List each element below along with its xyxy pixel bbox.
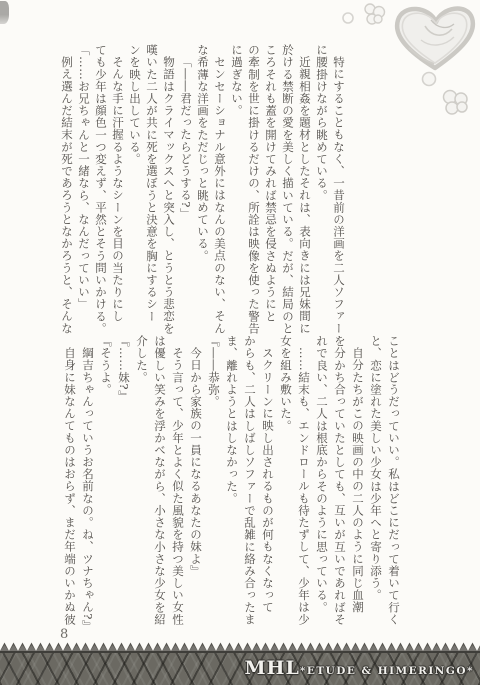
text-line: 「――君だったらどうする?」 (177, 44, 194, 338)
text-line: れで良い、二人は根底からそのように思っている。 (313, 335, 331, 637)
text-line: 綱吉ちゃんっていうお名前なの。ね、ツナちゃん?』 (79, 335, 97, 637)
text-line: ても少年は顔色一つ変えず、平然とそう問いかける。 (92, 44, 109, 338)
text-line: に過ぎない。 (228, 44, 245, 338)
text-line: ま、離れようとはしなかった。 (223, 335, 241, 637)
text-line: そんな手に汗握るようなシーンを目の当たりにし (109, 44, 126, 338)
text-line: スクリーンに映し出されるものが何もなくなって (259, 335, 277, 637)
text-line: に腰掛けながら眺めている。 (313, 44, 330, 338)
text-block-lower: ことはどうだっていい。私はどこにだって着いて行くと、恋に塗れた美しい少女は少年へ… (57, 335, 403, 637)
text-line: 「……お兄ちゃんと一緒なら、なんだっていい」 (75, 44, 92, 338)
bubble-circle-icon (423, 73, 436, 86)
text-line: を分かち合っていたとしても、互いが互いであればそ (331, 335, 349, 637)
text-line: センセーショナル意外にはなんの美点のない、そん (211, 44, 228, 338)
heart-doodle-icon (333, 0, 480, 122)
text-line: と、恋に塗れた美しい少女は少年へと寄り添う。 (367, 335, 385, 637)
text-line: からも、二人はしばしソファーで乱雑に絡み合ったま (241, 335, 259, 637)
book-page: 特にすることもなく、一昔前の洋画を二人ソファーに腰掛けながら眺めている。近親相姦… (0, 0, 480, 685)
page-number: 8 (60, 627, 69, 642)
text-line: ……結末も、エンドロールも待たずして、少年は少 (295, 335, 313, 637)
footer-title: MHL*ETUDE & HIMERINGO* (244, 657, 474, 679)
text-line: 今日から家族の一員になるあなたの妹よ』 (187, 335, 205, 637)
bubble-circle-icon (343, 13, 353, 23)
text-line: 『そうよ。 (97, 335, 115, 637)
lattice-pattern: MHL*ETUDE & HIMERINGO* (0, 651, 480, 685)
text-line: 自身に妹なんてものはおらず、まだ年端のいかぬ彼 (61, 335, 79, 637)
scan-smudge (0, 1, 9, 24)
text-line: そう言って、少年とよく似た風貌を持つ美しい女性 (169, 335, 187, 637)
bubble-flower-icon (444, 91, 468, 115)
text-line: 嘆いた二人が共に死を選ぼうと決意を胸にするシー (143, 44, 160, 338)
text-line: は優しい笑みを浮かべながら、小さな小さな少女を紹 (151, 335, 169, 637)
text-block-upper: 特にすることもなく、一昔前の洋画を二人ソファーに腰掛けながら眺めている。近親相姦… (55, 44, 347, 338)
text-line: 自分たちがこの映画の中の二人のように同じ血潮 (349, 335, 367, 637)
text-line: 介した。 (133, 335, 151, 637)
text-line: 『……妹?』 (115, 335, 133, 637)
footer-band: MHL*ETUDE & HIMERINGO* (0, 642, 480, 685)
zigzag-border (0, 642, 480, 651)
text-line: 於ける禁断の愛を美しく描いている。だが、結局のと (279, 44, 296, 338)
text-line: ころそれも蓋を開けてみれば禁忌を侵さぬようにと (262, 44, 279, 338)
circle-name: MHL (244, 657, 299, 679)
sketch-heart-icon (397, 9, 473, 68)
text-line: 女を組み敷いた。 (277, 335, 295, 637)
text-line: の牽制を世に掛けるだけの、所詮は映像を使った警告 (245, 44, 262, 338)
text-line: 特にすることもなく、一昔前の洋画を二人ソファー (330, 44, 347, 338)
text-line: な希薄な洋画をただじっと眺めている。 (194, 44, 211, 338)
footer-subtitle: *ETUDE & HIMERINGO* (300, 665, 474, 677)
text-line: ことはどうだっていい。私はどこにだって着いて行く (385, 335, 403, 637)
text-line: 近親相姦を題材としたそれは、表向きには兄妹間に (296, 44, 313, 338)
text-line: 例え選んだ結末が死であろうとなかろうと、そんな (58, 44, 75, 338)
text-line: 物語はクライマックスへと突入し、とうとう悲恋を (160, 44, 177, 338)
text-line: ンを映し出している。 (126, 44, 143, 338)
text-line: 『――恭弥。 (205, 335, 223, 637)
bubble-flower-icon (365, 4, 385, 24)
